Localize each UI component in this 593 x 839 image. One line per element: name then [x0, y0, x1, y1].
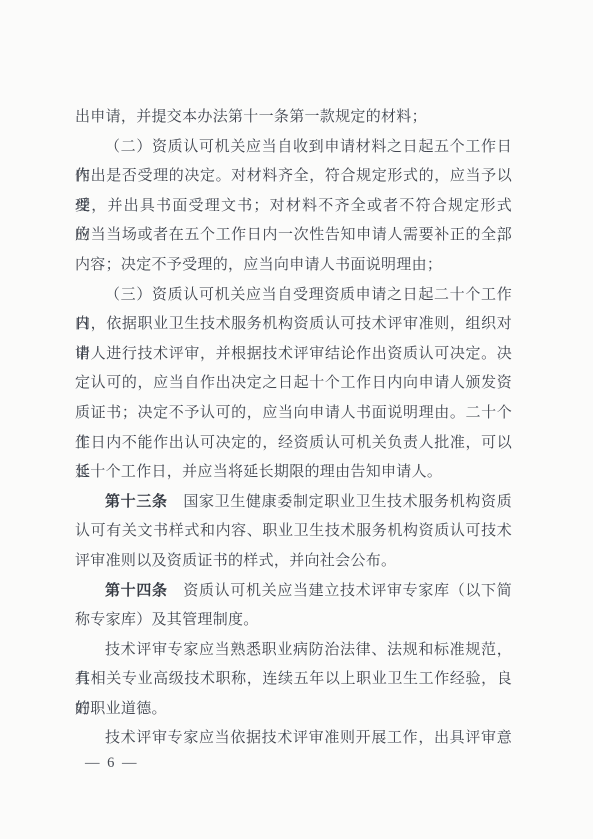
- text-line: 有相关专业高级技术职称，连续五年以上职业卫生工作经验，良好: [75, 665, 512, 695]
- text-line: 质证书；决定不予认可的，应当向申请人书面说明理由。二十个工: [75, 399, 512, 429]
- text-line: 作日内不能作出认可决定的，经资质认可机关负责人批准，可以延: [75, 429, 512, 459]
- text-line: （二）资质认可机关应当自收到申请材料之日起五个工作日内: [75, 133, 512, 163]
- text-line: 内，依据职业卫生技术服务机构资质认可技术评审准则，组织对申: [75, 310, 512, 340]
- text-line: 理，并出具书面受理文书；对材料不齐全或者不符合规定形式的，: [75, 192, 512, 222]
- text-line: 应当当场或者在五个工作日内一次性告知申请人需要补正的全部: [75, 221, 512, 251]
- text-line-article-13: 第十三条 国家卫生健康委制定职业卫生技术服务机构资质: [75, 488, 512, 518]
- text-line: 请人进行技术评审，并根据技术评审结论作出资质认可决定。决: [75, 340, 512, 370]
- article-13-term: 第十三条: [105, 494, 168, 510]
- article-14-term: 第十四条: [105, 583, 168, 599]
- text-line: 技术评审专家应当熟悉职业病防治法律、法规和标准规范，具: [75, 636, 512, 666]
- text-line: 资质认可机关应当建立技术评审专家库（以下简: [168, 583, 512, 599]
- document-text-block: 出申请，并提交本办法第十一条第一款规定的材料； （二）资质认可机关应当自收到申请…: [75, 103, 512, 754]
- text-line: 称专家库）及其管理制度。: [75, 606, 512, 636]
- text-line: 长十个工作日，并应当将延长期限的理由告知申请人。: [75, 458, 512, 488]
- text-line: 内容；决定不予受理的，应当向申请人书面说明理由；: [75, 251, 512, 281]
- text-line: 的职业道德。: [75, 695, 512, 725]
- text-line: 出申请，并提交本办法第十一条第一款规定的材料；: [75, 103, 512, 133]
- text-line: 评审准则以及资质证书的样式，并向社会公布。: [75, 547, 512, 577]
- page-number: — 6 —: [85, 755, 139, 772]
- document-page: 出申请，并提交本办法第十一条第一款规定的材料； （二）资质认可机关应当自收到申请…: [0, 0, 593, 839]
- text-line: 定认可的，应当自作出决定之日起十个工作日内向申请人颁发资: [75, 369, 512, 399]
- text-line: 认可有关文书样式和内容、职业卫生技术服务机构资质认可技术: [75, 517, 512, 547]
- text-line: 国家卫生健康委制定职业卫生技术服务机构资质: [168, 494, 512, 510]
- text-line: 作出是否受理的决定。对材料齐全，符合规定形式的，应当予以受: [75, 162, 512, 192]
- text-line: 技术评审专家应当依据技术评审准则开展工作，出具评审意: [75, 724, 512, 754]
- text-line: （三）资质认可机关应当自受理资质申请之日起二十个工作日: [75, 281, 512, 311]
- text-line-article-14: 第十四条 资质认可机关应当建立技术评审专家库（以下简: [75, 577, 512, 607]
